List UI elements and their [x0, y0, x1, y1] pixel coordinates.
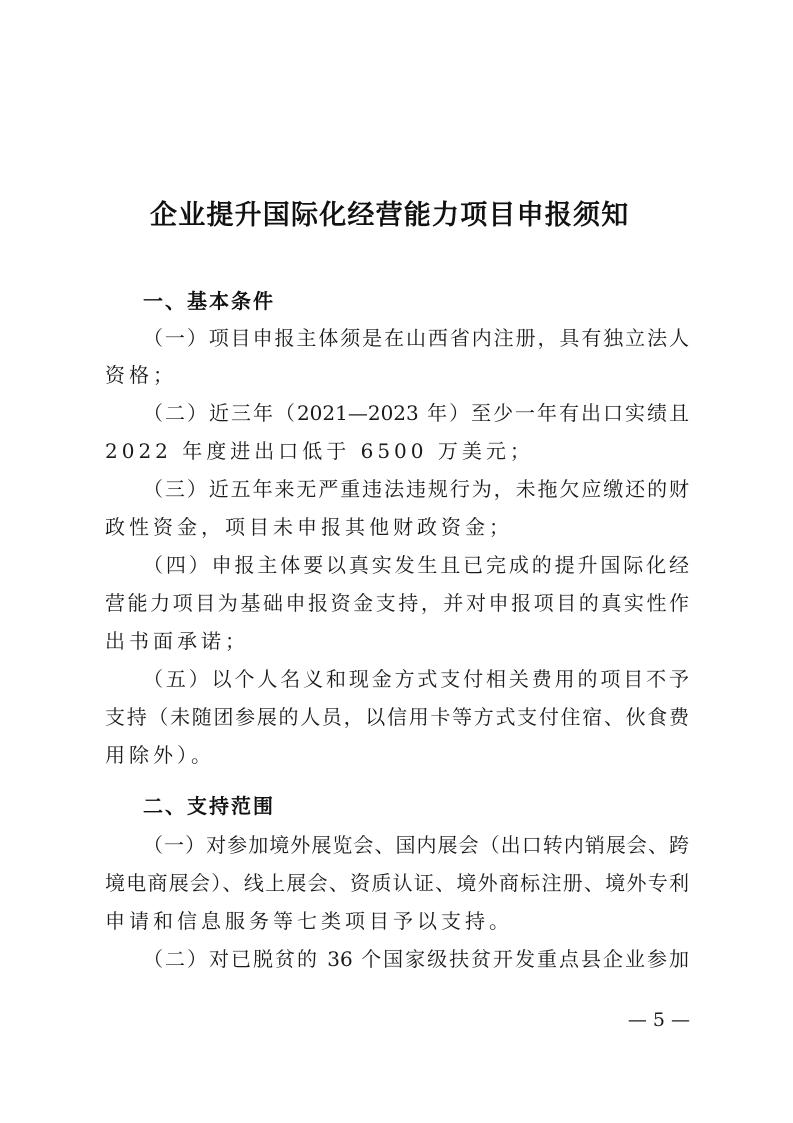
section-heading-support-scope: 二、支持范围 [143, 790, 275, 822]
paragraph-line: （四）申报主体要以真实发生且已完成的提升国际化经 [143, 549, 689, 581]
paragraph-line: 营能力项目为基础申报资金支持，并对申报项目的真实性作 [105, 587, 689, 619]
paragraph-line: 政性资金，项目未申报其他财政资金； [105, 511, 689, 543]
paragraph-line: （一）项目申报主体须是在山西省内注册，具有独立法人 [143, 322, 689, 354]
paragraph-line: 境电商展会）、线上展会、资质认证、境外商标注册、境外专利 [105, 867, 689, 899]
paragraph-line: 支持（未随团参展的人员，以信用卡等方式支付住宿、伙食费 [105, 701, 689, 733]
document-title: 企业提升国际化经营能力项目申报须知 [150, 196, 650, 236]
paragraph-line: （三）近五年来无严重违法违规行为，未拖欠应缴还的财 [143, 473, 689, 505]
paragraph-line: （二）近三年（2021—2023 年）至少一年有出口实绩且 [143, 397, 689, 429]
paragraph-line: 2022 年度进出口低于 6500 万美元； [105, 435, 689, 467]
paragraph-line: （五）以个人名义和现金方式支付相关费用的项目不予 [143, 663, 689, 695]
paragraph-line: 资格； [105, 359, 689, 391]
paragraph-line: （二）对已脱贫的 36 个国家级扶贫开发重点县企业参加 [143, 943, 689, 975]
paragraph-line: 申请和信息服务等七类项目予以支持。 [105, 905, 689, 937]
page-number: — 5 — [600, 1006, 690, 1034]
paragraph-line: 用除外）。 [105, 739, 689, 771]
paragraph-line: 出书面承诺； [105, 625, 689, 657]
section-heading-basic-conditions: 一、基本条件 [143, 285, 275, 317]
document-page: 企业提升国际化经营能力项目申报须知 一、基本条件 （一）项目申报主体须是在山西省… [0, 0, 793, 1123]
paragraph-line: （一）对参加境外展览会、国内展会（出口转内销展会、跨 [143, 829, 689, 861]
